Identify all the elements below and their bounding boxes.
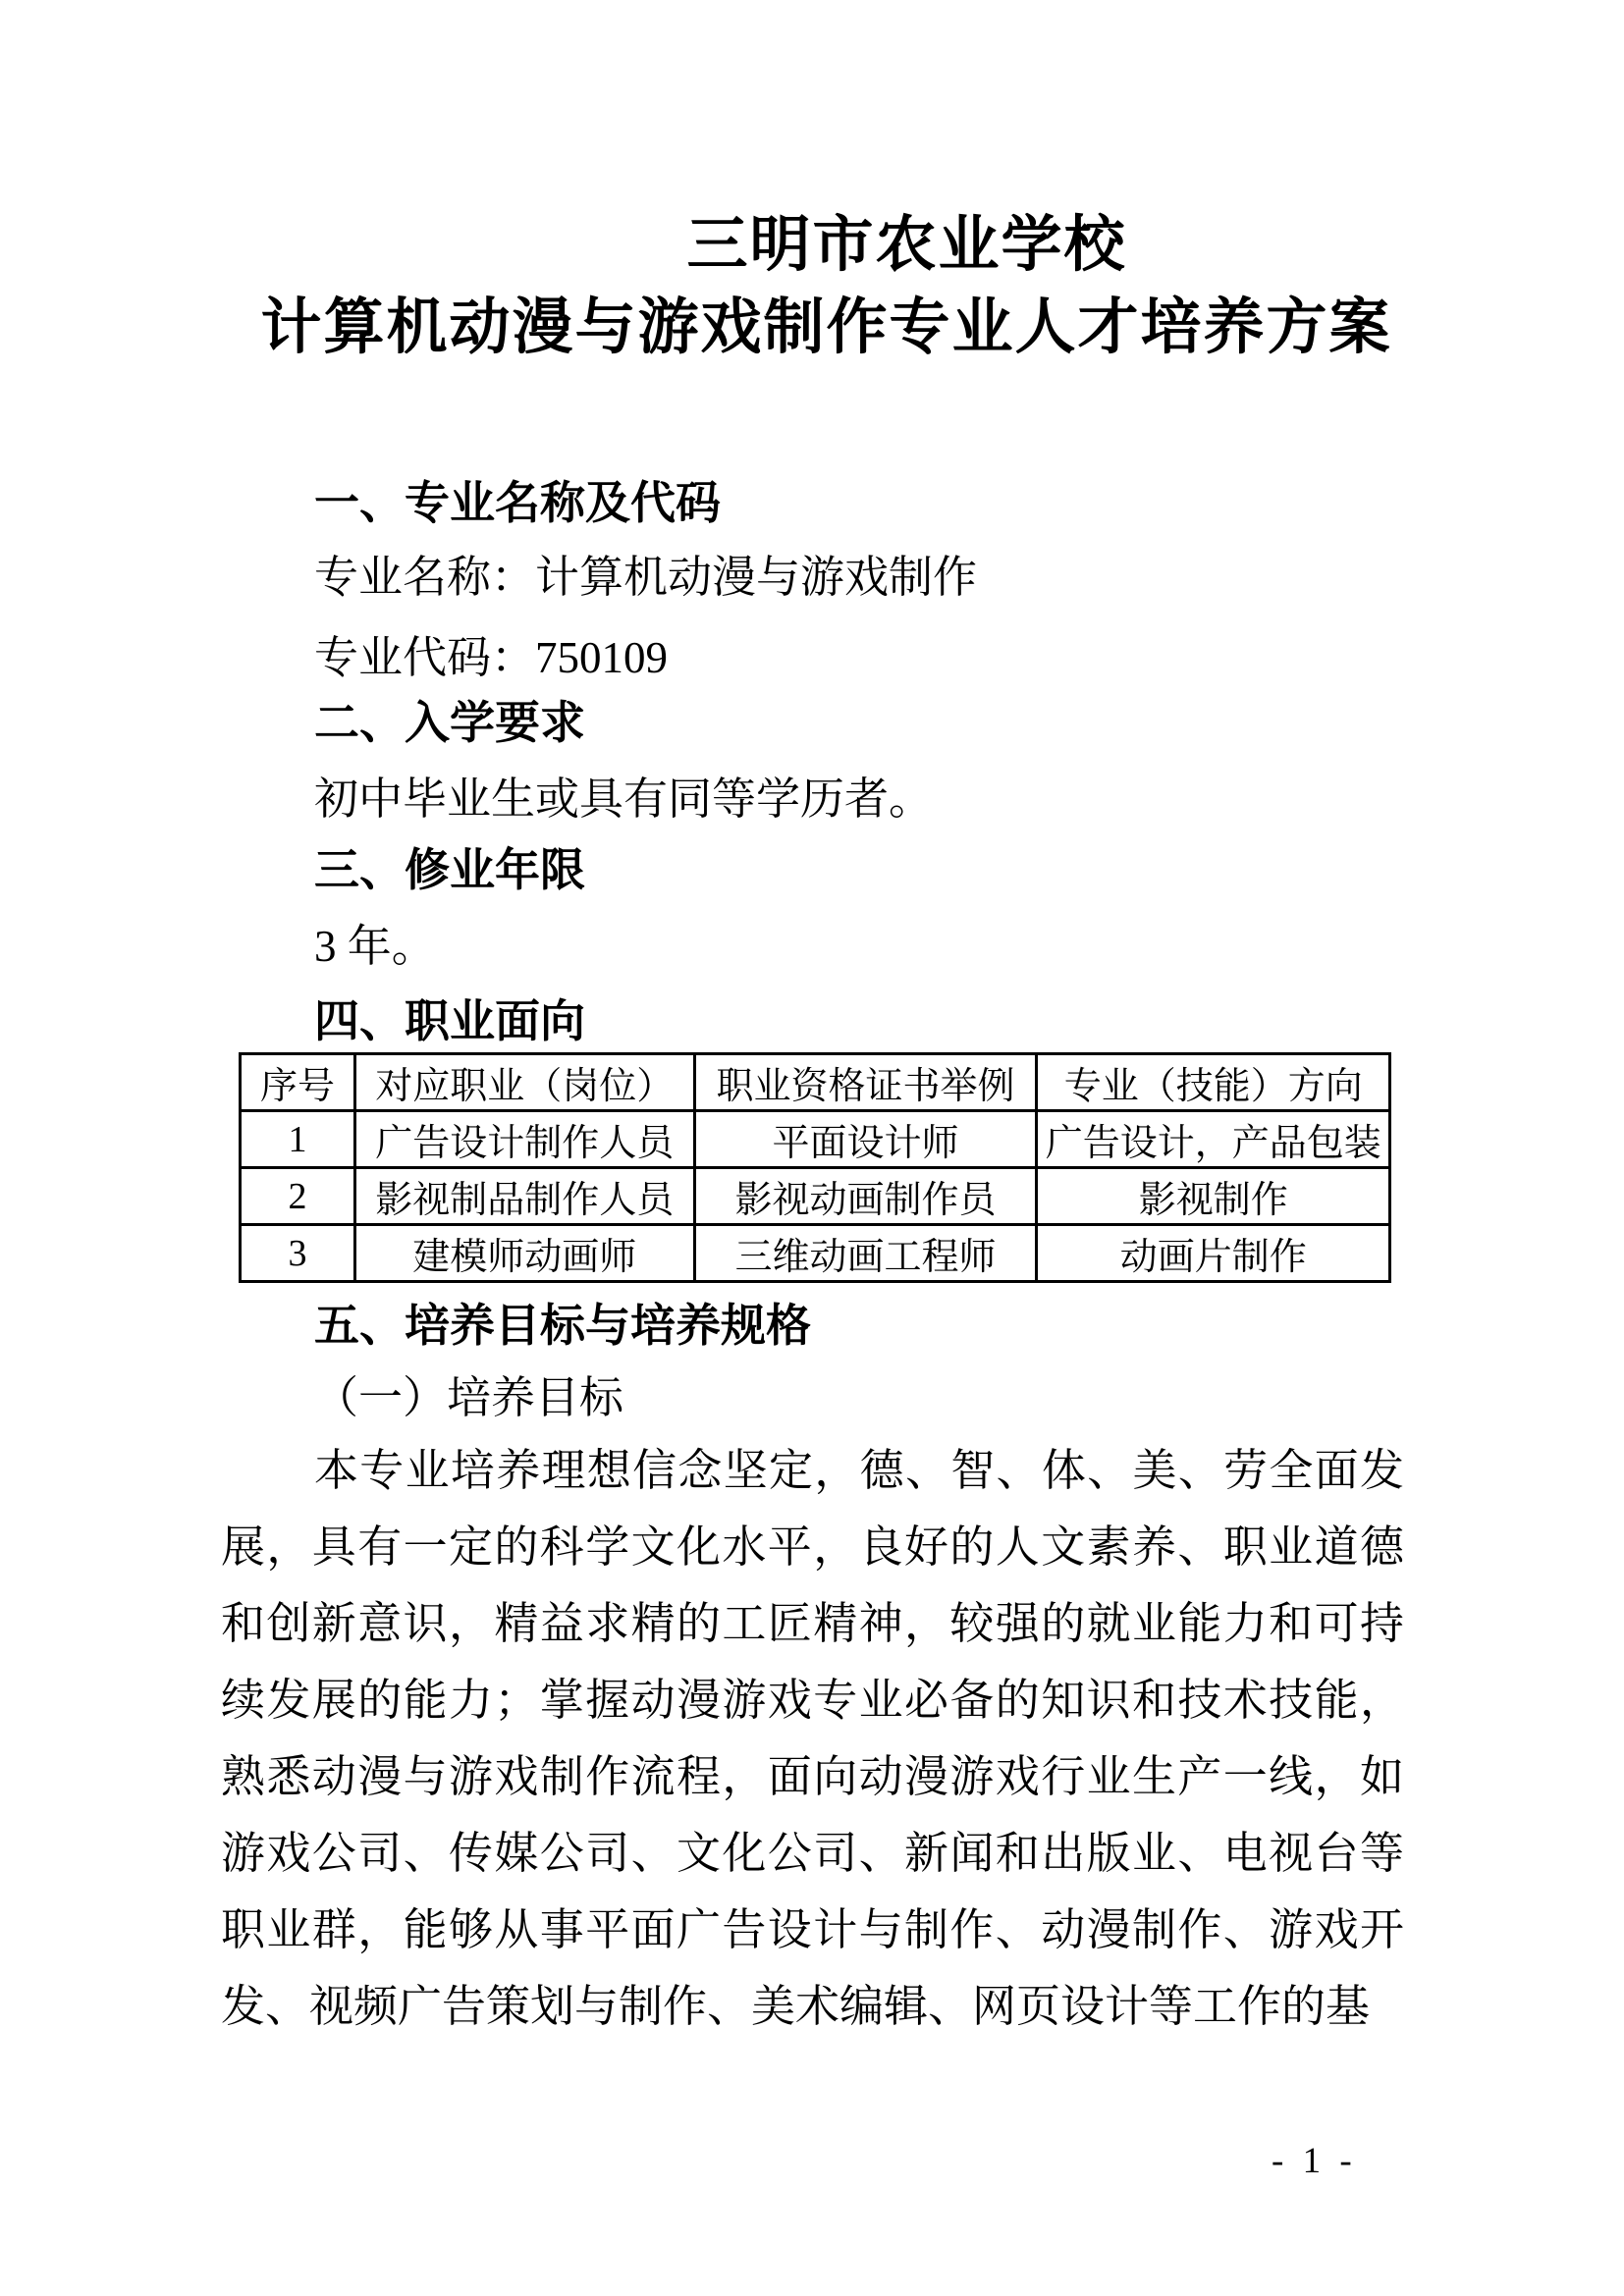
table-cell: 影视制作 <box>1037 1168 1390 1225</box>
section-5-heading: 五、培养目标与培养规格 <box>314 1296 811 1355</box>
page-number: - 1 - <box>1272 2140 1357 2182</box>
admission-requirement-line: 初中毕业生或具有同等学历者。 <box>314 770 933 828</box>
section-4-heading: 四、职业面向 <box>314 991 585 1050</box>
training-goal-subheading: （一）培养目标 <box>314 1368 623 1427</box>
table-cell: 平面设计师 <box>694 1111 1037 1168</box>
section-3-heading: 三、修业年限 <box>314 840 585 899</box>
major-name-line: 专业名称：计算机动漫与游戏制作 <box>314 548 977 607</box>
table-header-cell-direction: 专业（技能）方向 <box>1037 1054 1390 1111</box>
table-cell: 广告设计制作人员 <box>355 1111 694 1168</box>
table-cell: 影视动画制作员 <box>694 1168 1037 1225</box>
document-page: 三明市农业学校 计算机动漫与游戏制作专业人才培养方案 一、专业名称及代码 专业名… <box>0 0 1624 2296</box>
table-cell: 广告设计，产品包装 <box>1037 1111 1390 1168</box>
table-cell: 动画片制作 <box>1037 1225 1390 1282</box>
document-title-line1: 三明市农业学校 <box>221 204 1498 287</box>
table-cell: 影视制品制作人员 <box>355 1168 694 1225</box>
table-header-cell-index: 序号 <box>241 1054 355 1111</box>
table-cell: 1 <box>241 1111 355 1168</box>
table-header-row: 序号 对应职业（岗位） 职业资格证书举例 专业（技能）方向 <box>241 1054 1390 1111</box>
table-header-cell-certificate: 职业资格证书举例 <box>694 1054 1037 1111</box>
section-1-heading: 一、专业名称及代码 <box>314 473 721 532</box>
training-goal-paragraph: 本专业培养理想信念坚定，德、智、体、美、劳全面发展，具有一定的科学文化水平，良好… <box>221 1432 1404 2045</box>
table-header-cell-occupation: 对应职业（岗位） <box>355 1054 694 1111</box>
table-cell: 3 <box>241 1225 355 1282</box>
document-title-line2: 计算机动漫与游戏制作专业人才培养方案 <box>221 287 1418 369</box>
table-cell: 建模师动画师 <box>355 1225 694 1282</box>
career-orientation-table: 序号 对应职业（岗位） 职业资格证书举例 专业（技能）方向 1 广告设计制作人员… <box>239 1052 1391 1283</box>
section-2-heading: 二、入学要求 <box>314 693 585 752</box>
table-row: 3 建模师动画师 三维动画工程师 动画片制作 <box>241 1225 1390 1282</box>
major-code-line: 专业代码：750109 <box>314 628 668 687</box>
table-row: 2 影视制品制作人员 影视动画制作员 影视制作 <box>241 1168 1390 1225</box>
table-row: 1 广告设计制作人员 平面设计师 广告设计，产品包装 <box>241 1111 1390 1168</box>
table-cell: 2 <box>241 1168 355 1225</box>
table-cell: 三维动画工程师 <box>694 1225 1037 1282</box>
study-duration-line: 3 年。 <box>314 917 436 976</box>
